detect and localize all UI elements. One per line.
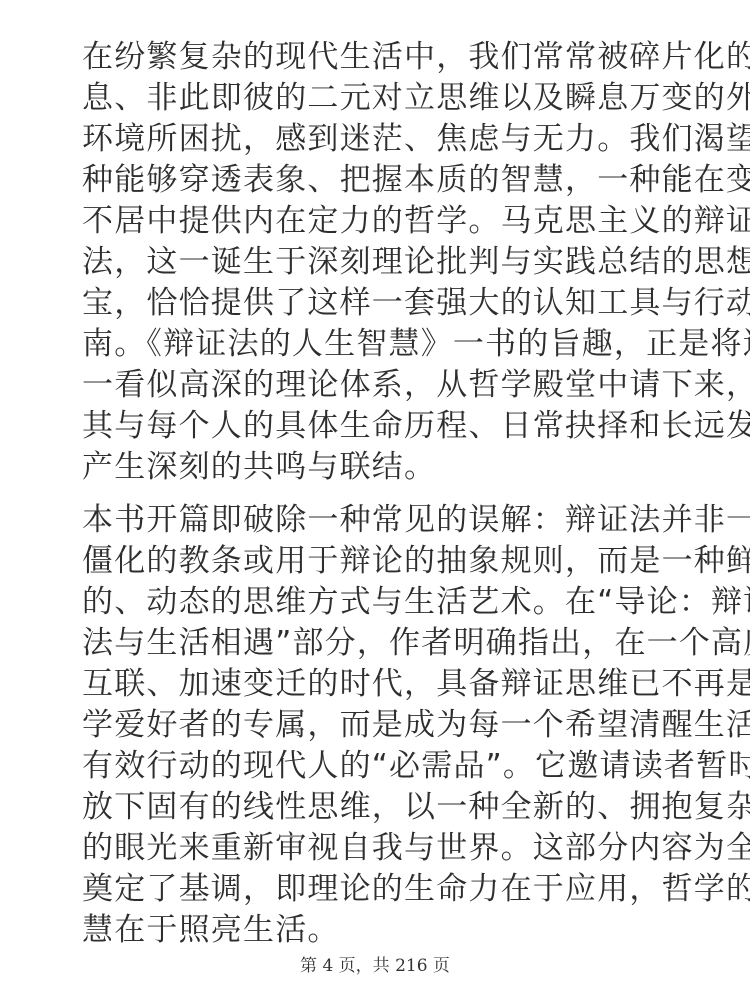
text-line: 南。《辩证法的人生智慧》一书的旨趣，正是将这 [82, 324, 682, 365]
page-indicator: 第 4 页，共 216 页 [0, 951, 750, 976]
text-line: 法，这一诞生于深刻理论批判与实践总结的思想瑰 [82, 242, 682, 283]
text-line: 不居中提供内在定力的哲学。马克思主义的辩证 [82, 201, 682, 242]
text-line: 息、非此即彼的二元对立思维以及瞬息万变的外部 [82, 78, 682, 119]
text-line: 僵化的教条或用于辩论的抽象规则，而是一种鲜活 [82, 541, 682, 582]
text-line: 互联、加速变迁的时代，具备辩证思维已不再是哲 [82, 664, 682, 705]
text-line: 的眼光来重新审视自我与世界。这部分内容为全书 [82, 828, 682, 869]
text-line: 慧在于照亮生活。 [82, 910, 682, 951]
text-line: 法与生活相遇”部分，作者明确指出，在一个高度 [82, 623, 682, 664]
text-line: 环境所困扰，感到迷茫、焦虑与无力。我们渴望一 [82, 119, 682, 160]
text-line: 放下固有的线性思维，以一种全新的、拥抱复杂性 [82, 787, 682, 828]
text-line: 宝，恰恰提供了这样一套强大的认知工具与行动指 [82, 283, 682, 324]
text-line: 本书开篇即破除一种常见的误解：辩证法并非一套 [82, 500, 682, 541]
text-line: 其与每个人的具体生命历程、日常抉择和长远发展 [82, 406, 682, 447]
paragraph-1: 在纷繁复杂的现代生活中，我们常常被碎片化的信 息、非此即彼的二元对立思维以及瞬息… [82, 37, 682, 488]
text-line: 有效行动的现代人的“必需品”。它邀请读者暂时 [82, 746, 682, 787]
text-line: 产生深刻的共鸣与联结。 [82, 447, 682, 488]
text-line: 学爱好者的专属，而是成为每一个希望清醒生活、 [82, 705, 682, 746]
text-line: 在纷繁复杂的现代生活中，我们常常被碎片化的信 [82, 37, 682, 78]
text-line: 一看似高深的理论体系，从哲学殿堂中请下来，使 [82, 365, 682, 406]
paragraph-2: 本书开篇即破除一种常见的误解：辩证法并非一套 僵化的教条或用于辩论的抽象规则，而… [82, 500, 682, 951]
text-line: 种能够穿透表象、把握本质的智慧，一种能在变动 [82, 160, 682, 201]
text-line: 奠定了基调，即理论的生命力在于应用，哲学的智 [82, 869, 682, 910]
document-page: 在纷繁复杂的现代生活中，我们常常被碎片化的信 息、非此即彼的二元对立思维以及瞬息… [82, 37, 682, 963]
text-line: 的、动态的思维方式与生活艺术。在“导论：辩证 [82, 582, 682, 623]
